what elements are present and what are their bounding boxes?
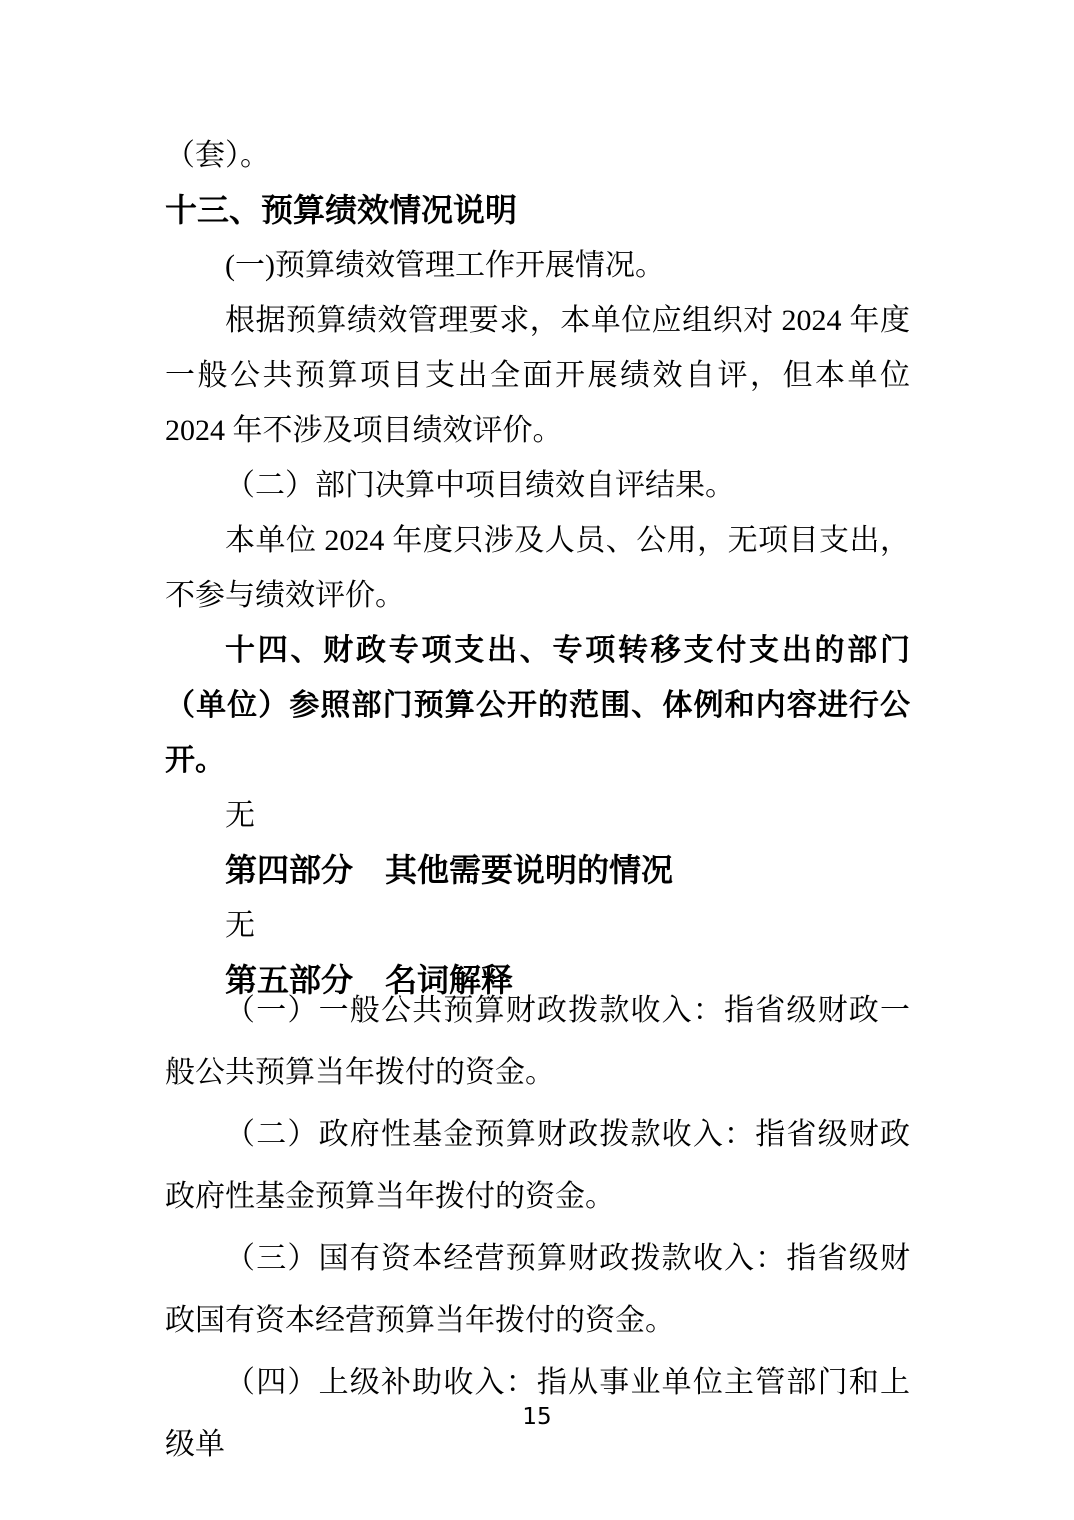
document-page: （套）。 十三、预算绩效情况说明 (一)预算绩效管理工作开展情况。 根据预算绩效… [0, 0, 1074, 1520]
glossary-item-2: （二）政府性基金预算财政拨款收入：指省级财政政府性基金预算当年拨付的资金。 [165, 1104, 910, 1228]
paragraph-13-1-body: 根据预算绩效管理要求，本单位应组织对 2024 年度一般公共预算项目支出全面开展… [165, 293, 910, 458]
section-heading-14: 十四、财政专项支出、专项转移支付支出的部门（单位）参照部门预算公开的范围、体例和… [165, 623, 910, 788]
page-number: 15 [0, 1403, 1074, 1431]
glossary-item-3: （三）国有资本经营预算财政拨款收入：指省级财政国有资本经营预算当年拨付的资金。 [165, 1228, 910, 1352]
paragraph-none-2: 无 [165, 898, 910, 953]
subsection-title-13-1: (一)预算绩效管理工作开展情况。 [165, 238, 910, 293]
paragraph-continuation: （套）。 [165, 128, 910, 183]
paragraph-none-1: 无 [165, 788, 910, 843]
glossary-item-1: （一）一般公共预算财政拨款收入：指省级财政一般公共预算当年拨付的资金。 [165, 980, 910, 1104]
paragraph-13-2-body: 本单位 2024 年度只涉及人员、公用，无项目支出，不参与绩效评价。 [165, 513, 910, 623]
section-heading-13: 十三、预算绩效情况说明 [165, 183, 910, 238]
subsection-title-13-2: （二）部门决算中项目绩效自评结果。 [165, 458, 910, 513]
document-content: （套）。 十三、预算绩效情况说明 (一)预算绩效管理工作开展情况。 根据预算绩效… [0, 0, 1074, 1476]
part-4-heading: 第四部分 其他需要说明的情况 [165, 843, 910, 898]
